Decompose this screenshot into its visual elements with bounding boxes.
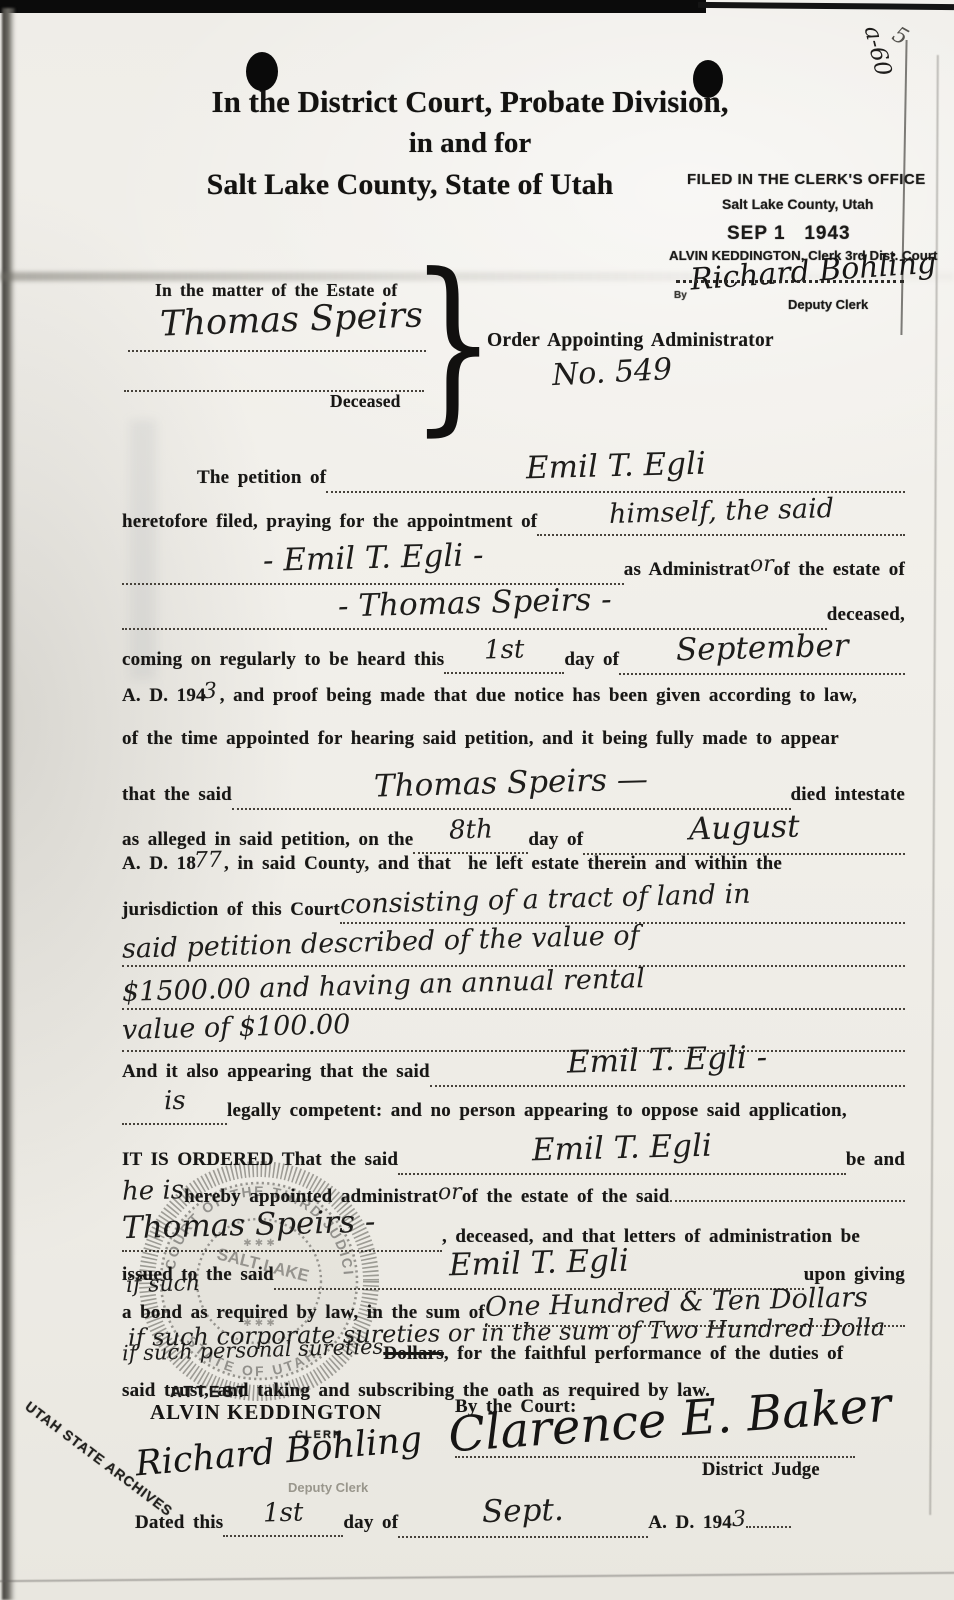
printed-text: , deceased, and that letters of administ…: [442, 1226, 860, 1248]
handwritten-suffix: or: [438, 1180, 462, 1206]
printed-text: day of: [564, 649, 619, 671]
handwritten-rental-value: value of $100.00: [122, 1009, 351, 1046]
caption-brace: }: [410, 250, 496, 438]
court-title-line1: In the District Court, Probate Division,: [100, 84, 840, 120]
court-title-line2: in and for: [100, 127, 840, 160]
dated-line: Dated this 1st day of Sept. A. D. 194 3: [135, 1500, 835, 1538]
handwritten-decedent-name: Thomas Speirs —: [374, 761, 649, 804]
body-line-7: of the time appointed for hearing said p…: [122, 728, 905, 750]
handwritten-administrator-name: Emil T. Egli: [448, 1243, 629, 1284]
body-line-5: coming on regularly to be heard this 1st…: [122, 637, 905, 675]
filed-stamp-deputy-label: Deputy Clerk: [788, 297, 868, 312]
body-line-18: he is hereby appointed administrat or of…: [122, 1179, 905, 1209]
printed-text: , for the faithful performance of the du…: [444, 1343, 844, 1365]
page-number-annotation: 5: [888, 22, 913, 51]
body-line-11: jurisdiction of this Court consisting of…: [122, 891, 905, 924]
printed-text: deceased,: [827, 604, 905, 626]
handwritten-surety-clause-2: if such personal sureties: [122, 1335, 384, 1366]
printed-text: A. D. 194: [122, 685, 206, 707]
handwritten-petitioner-name: Emil T. Egli: [525, 446, 706, 487]
printed-text: that the said: [122, 784, 232, 806]
printed-text: , in said County, and that he left estat…: [224, 853, 782, 875]
printed-text: IT IS ORDERED That the said: [122, 1149, 398, 1171]
body-line-15: And it also appearing that the said Emil…: [122, 1049, 905, 1087]
deputy-clerk-signature: Richard Bohling: [134, 1420, 424, 1485]
handwritten-administrator-name: - Emil T. Egli -: [262, 537, 483, 579]
decedent-name-handwritten: Thomas Speirs: [159, 295, 423, 344]
body-line-17: IT IS ORDERED That the said Emil T. Egli…: [122, 1137, 905, 1175]
handwritten-text: he is: [122, 1175, 185, 1207]
handwritten-text: himself, the said: [608, 493, 834, 530]
body-line-14: value of $100.00: [122, 1019, 905, 1052]
printed-text: died intestate: [791, 784, 905, 806]
handwritten-day: 8th: [449, 814, 494, 845]
body-line-2: heretofore filed, praying for the appoin…: [122, 503, 905, 536]
case-number-handwritten: No. 549: [551, 352, 673, 393]
deputy-clerk-title: Deputy Clerk: [288, 1480, 368, 1495]
handwritten-administrator-name: Emil T. Egli -: [567, 1039, 768, 1080]
printed-text: And it also appearing that the said: [122, 1061, 430, 1083]
printed-text: be and: [846, 1149, 905, 1171]
scanned-probate-document: a-60 5 In the District Court, Probate Di…: [0, 0, 954, 1600]
handwritten-decedent-name: Thomas Speirs -: [122, 1204, 376, 1247]
handwritten-month: August: [688, 809, 799, 848]
filed-stamp-by-label: By: [674, 290, 687, 301]
handwritten-decedent-name: - Thomas Speirs -: [337, 581, 612, 624]
body-line-23: if such personal sureties Dollars , for …: [122, 1340, 905, 1365]
order-title: Order Appointing Administrator: [487, 330, 774, 352]
printed-text: jurisdiction of this Court: [122, 899, 340, 921]
printed-text: The petition of: [197, 467, 326, 489]
printed-text: as alleged in said petition, on the: [122, 829, 413, 851]
handwritten-administrator-name: Emil T. Egli: [532, 1128, 713, 1169]
scan-edge-left: [2, 8, 16, 1600]
body-line-4: - Thomas Speirs - deceased,: [122, 592, 905, 630]
printed-text: of the estate of the said: [462, 1186, 670, 1208]
scan-edge-top-right: [698, 2, 954, 10]
printed-text: Dated this: [135, 1512, 223, 1534]
handwritten-year-digit: 3: [202, 679, 217, 704]
handwritten-month: Sept.: [482, 1492, 565, 1530]
printed-text: as Administrat: [624, 559, 750, 581]
printed-text: A. D. 18: [122, 853, 196, 875]
printed-text: , and proof being made that due notice h…: [220, 685, 857, 707]
printed-text: coming on regularly to be heard this: [122, 649, 444, 671]
printed-text: heretofore filed, praying for the appoin…: [122, 511, 537, 533]
handwritten-year-digits: 77: [194, 848, 223, 874]
filed-stamp-line2: Salt Lake County, Utah: [722, 196, 873, 212]
handwritten-day: 1st: [484, 634, 525, 665]
body-line-13: $1500.00 and having an annual rental: [122, 977, 905, 1010]
printed-text: A. D. 194: [648, 1512, 732, 1534]
handwritten-year-digit: 3: [732, 1507, 747, 1532]
printed-struck-word: Dollars: [383, 1343, 444, 1365]
filed-stamp-line1: FILED IN THE CLERK'S OFFICE: [687, 171, 926, 188]
printed-text: day of: [343, 1512, 398, 1534]
body-line-12: said petition described of the value of: [122, 934, 905, 967]
handwritten-text: is: [163, 1086, 185, 1117]
printed-text: day of: [528, 829, 583, 851]
body-line-3: - Emil T. Egli - as Administrat or of th…: [122, 547, 905, 585]
scan-edge-bottom: [0, 1572, 954, 1582]
handwritten-estate-description: said petition described of the value of: [122, 920, 640, 965]
body-line-10: A. D. 18 77 , in said County, and that h…: [122, 850, 905, 875]
handwritten-estate-description: consisting of a tract of land in: [340, 879, 751, 921]
file-code-annotation: a-60: [859, 23, 897, 79]
handwritten-suffix: or: [750, 552, 774, 578]
printed-text: of the estate of: [774, 559, 905, 581]
scan-edge-top: [0, 0, 706, 13]
handwritten-month: September: [675, 628, 849, 669]
body-line-16: is legally competent: and no person appe…: [122, 1093, 905, 1125]
handwritten-day: 1st: [263, 1497, 304, 1528]
printed-text: legally competent: and no person appeari…: [227, 1100, 847, 1122]
body-line-8: that the said Thomas Speirs — died intes…: [122, 772, 905, 810]
handwritten-estate-value: $1500.00 and having an annual rental: [122, 963, 646, 1008]
court-title-line3: Salt Lake County, State of Utah: [60, 168, 760, 202]
printed-text: of the time appointed for hearing said p…: [122, 728, 839, 750]
caption-deceased-label: Deceased: [330, 391, 401, 412]
filed-stamp-date: SEP 1 1943: [727, 223, 851, 245]
clerk-name: ALVIN KEDDINGTON: [150, 1400, 382, 1425]
judge-title: District Judge: [702, 1460, 820, 1481]
body-line-6: A. D. 194 3 , and proof being made that …: [122, 682, 905, 707]
body-line-1: The petition of Emil T. Egli: [197, 455, 905, 493]
